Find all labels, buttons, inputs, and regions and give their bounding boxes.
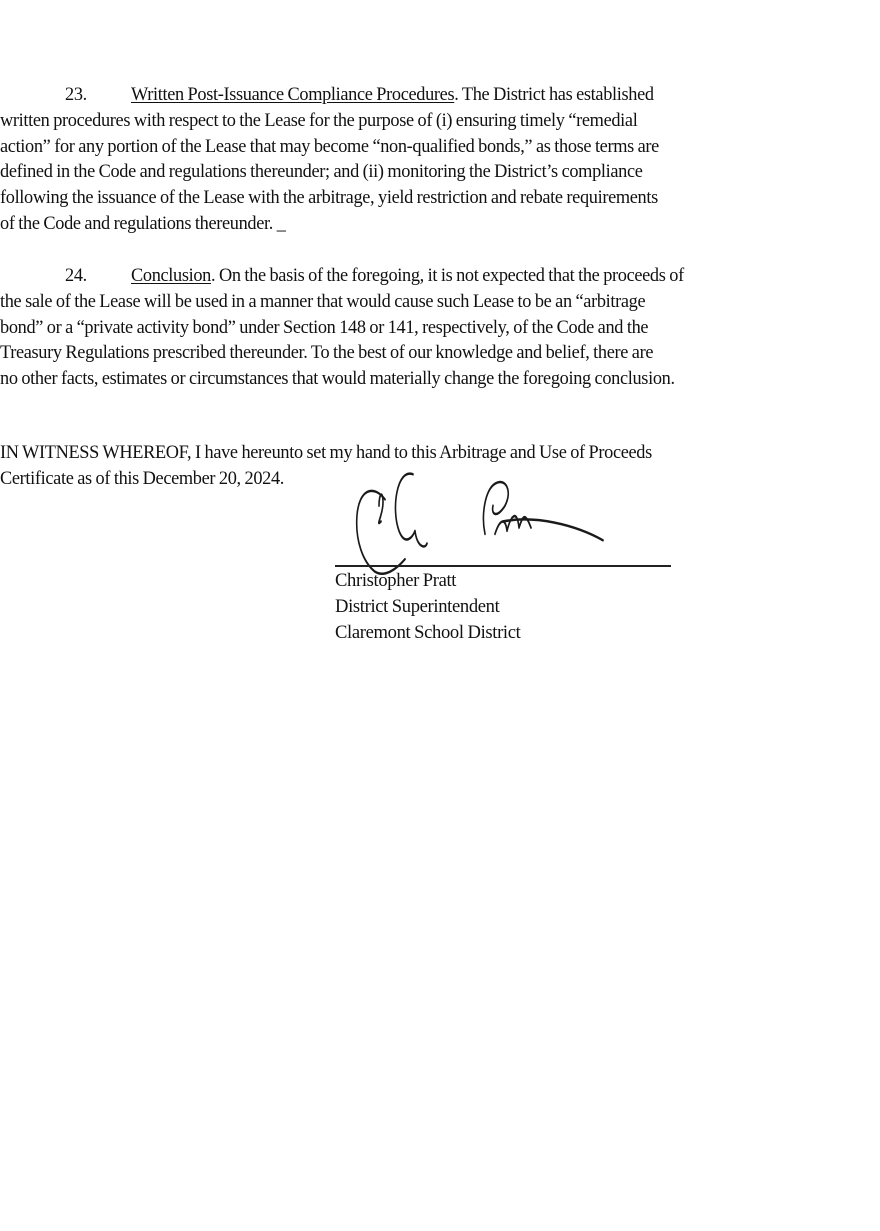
section-23-number: 23. [65,82,131,108]
signer-block: Christopher Pratt District Superintenden… [335,568,520,645]
section-23-first-line: 23.Written Post-Issuance Compliance Proc… [0,82,859,108]
signer-title: District Superintendent [335,594,520,620]
witness-line: IN WITNESS WHEREOF, I have hereunto set … [0,440,859,466]
handwritten-signature [335,468,675,578]
section-23-line: action” for any portion of the Lease tha… [0,134,859,160]
section-24-paragraph: 24.Conclusion. On the basis of the foreg… [0,263,859,392]
section-23-line: of the Code and regulations thereunder. … [0,211,859,237]
section-23-heading: Written Post-Issuance Compliance Procedu… [131,84,454,105]
signature-line [335,565,671,567]
section-24-line: Treasury Regulations prescribed thereund… [0,340,859,366]
section-24-number: 24. [65,263,131,289]
section-24-line: no other facts, estimates or circumstanc… [0,366,859,392]
signer-name: Christopher Pratt [335,568,520,594]
section-23-line: following the issuance of the Lease with… [0,185,859,211]
section-23-line: defined in the Code and regulations ther… [0,159,859,185]
document-page: 23.Written Post-Issuance Compliance Proc… [0,0,880,1231]
section-24-line: the sale of the Lease will be used in a … [0,289,859,315]
signer-organization: Claremont School District [335,620,520,646]
section-24-line: bond” or a “private activity bond” under… [0,315,859,341]
section-23-paragraph: 23.Written Post-Issuance Compliance Proc… [0,82,859,237]
section-24-heading: Conclusion [131,265,211,286]
section-23-line: written procedures with respect to the L… [0,108,859,134]
section-24-first-line: 24.Conclusion. On the basis of the foreg… [0,263,859,289]
